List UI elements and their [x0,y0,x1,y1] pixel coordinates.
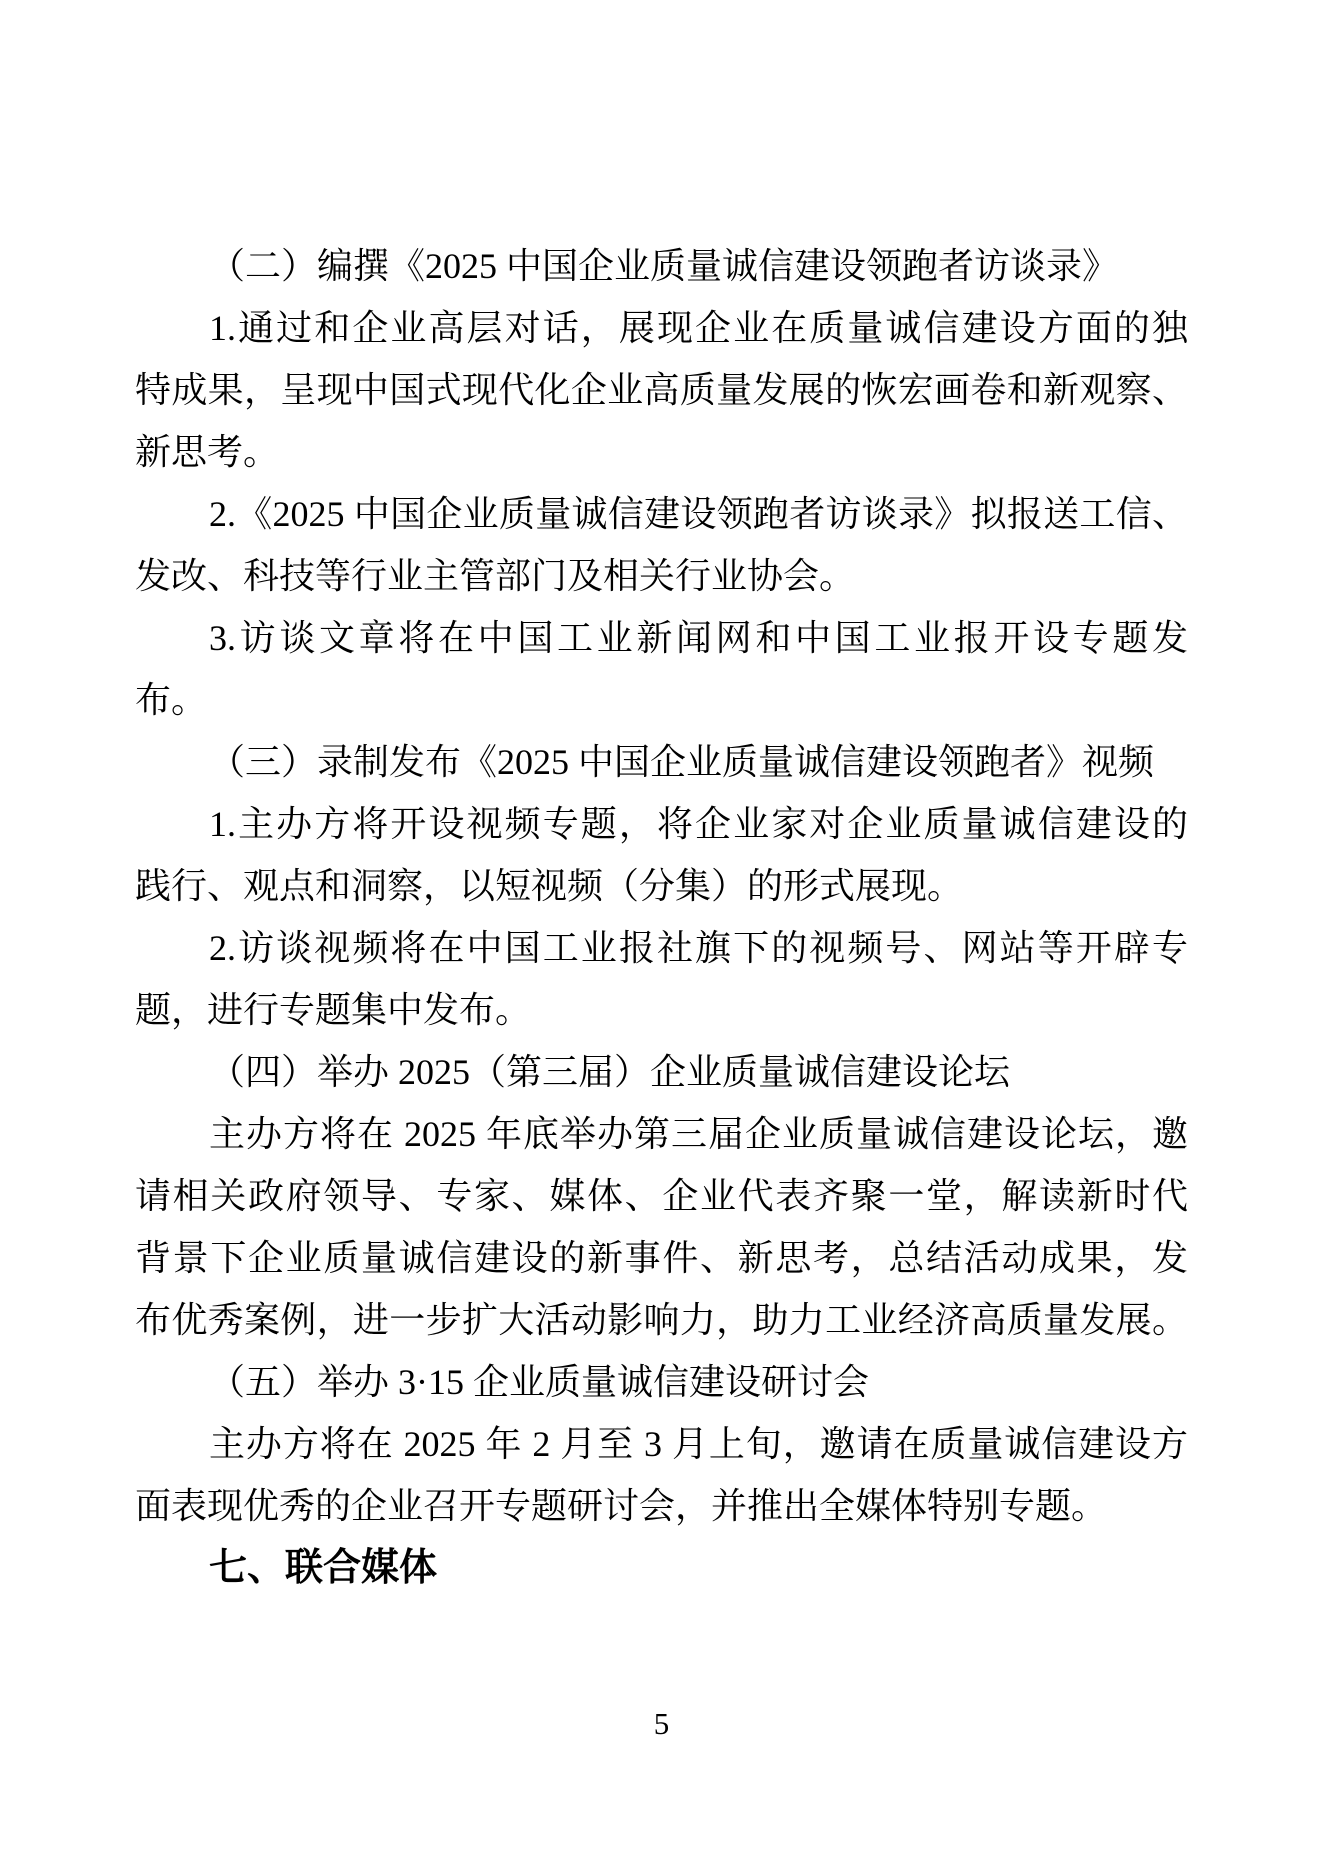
text-line: 新思考。 [135,421,1188,483]
text-line: 3.访谈文章将在中国工业新闻网和中国工业报开设专题发 [135,607,1188,669]
document-page: （二）编撰《2025 中国企业质量诚信建设领跑者访谈录》1.通过和企业高层对话，… [0,0,1323,1871]
document-body: （二）编撰《2025 中国企业质量诚信建设领跑者访谈录》1.通过和企业高层对话，… [135,235,1188,1599]
text-line: 2.访谈视频将在中国工业报社旗下的视频号、网站等开辟专 [135,917,1188,979]
text-line: 布优秀案例，进一步扩大活动影响力，助力工业经济高质量发展。 [135,1289,1188,1351]
text-line: （三）录制发布《2025 中国企业质量诚信建设领跑者》视频 [135,731,1188,793]
text-line: 1.通过和企业高层对话，展现企业在质量诚信建设方面的独 [135,297,1188,359]
text-line: 面表现优秀的企业召开专题研讨会，并推出全媒体特别专题。 [135,1475,1188,1537]
text-line: 发改、科技等行业主管部门及相关行业协会。 [135,545,1188,607]
text-line: 布。 [135,669,1188,731]
text-line: 特成果，呈现中国式现代化企业高质量发展的恢宏画卷和新观察、 [135,359,1188,421]
text-line: 请相关政府领导、专家、媒体、企业代表齐聚一堂，解读新时代 [135,1165,1188,1227]
text-line: （二）编撰《2025 中国企业质量诚信建设领跑者访谈录》 [135,235,1188,297]
text-line: 践行、观点和洞察，以短视频（分集）的形式展现。 [135,855,1188,917]
text-line: 主办方将在 2025 年底举办第三届企业质量诚信建设论坛，邀 [135,1103,1188,1165]
text-line: （五）举办 3·15 企业质量诚信建设研讨会 [135,1351,1188,1413]
text-line: 背景下企业质量诚信建设的新事件、新思考，总结活动成果，发 [135,1227,1188,1289]
text-line: 2.《2025 中国企业质量诚信建设领跑者访谈录》拟报送工信、 [135,483,1188,545]
text-line: （四）举办 2025（第三届）企业质量诚信建设论坛 [135,1041,1188,1103]
text-line: 1.主办方将开设视频专题，将企业家对企业质量诚信建设的 [135,793,1188,855]
text-line: 主办方将在 2025 年 2 月至 3 月上旬，邀请在质量诚信建设方 [135,1413,1188,1475]
section-heading: 七、联合媒体 [135,1537,1188,1599]
text-line: 题，进行专题集中发布。 [135,979,1188,1041]
page-number: 5 [0,1702,1323,1746]
